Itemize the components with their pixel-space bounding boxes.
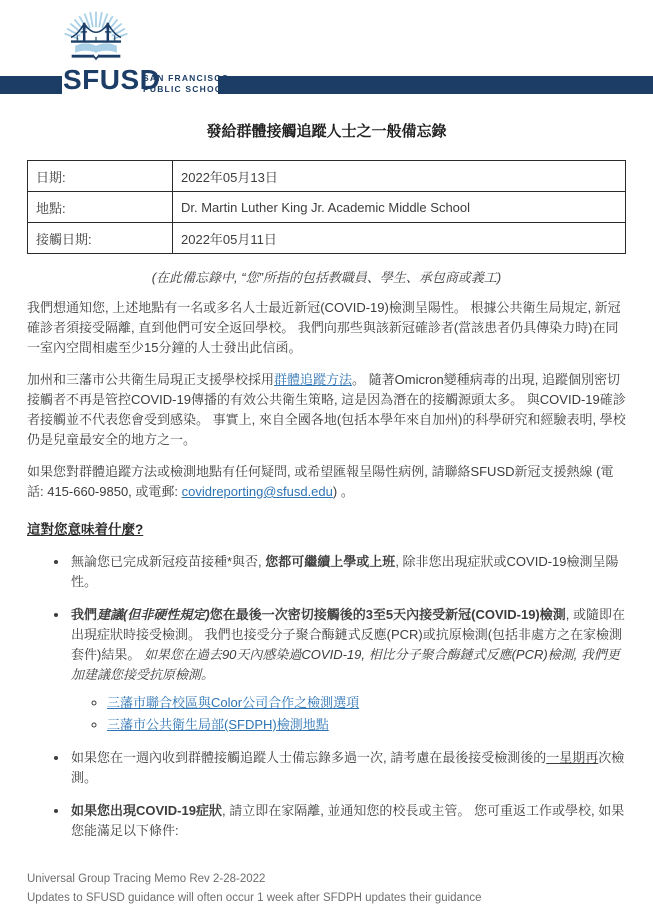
b2-italic-text: 如果您在過去90天內感染過COVID-19, 相比分子聚合酶鏈式反應(PCR)檢… (71, 647, 620, 682)
b3-underlined-text: 一星期再 (546, 750, 598, 765)
bullet-repeat-memo: 如果您在一週內收到群體接觸追蹤人士備忘錄多過一次, 請考慮在最後接受檢測後的一星… (69, 748, 626, 788)
paragraph-contact-support: 如果您對群體追蹤方法或檢測地點有任何疑問, 或希望匯報呈陽性病例, 請聯絡SFU… (27, 462, 626, 502)
bullet-continue-school: 無論您已完成新冠疫苗接種*與否, 您都可繼續上學或上班, 除非您出現症狀或COV… (69, 552, 626, 592)
table-row-date: 日期: 2022年05月13日 (28, 161, 626, 192)
definition-note: (在此備忘錄中, “您”所指的包括教職員、學生、承包商或義工) (27, 267, 626, 286)
group-tracing-method-link[interactable]: 群體追蹤方法 (274, 372, 352, 387)
paragraph-notification: 我們想通知您, 上述地點有一名或多名人士最近新冠(COVID-19)檢測呈陽性。… (27, 298, 626, 358)
sublist-item-color-testing: 三藩市聯合校區與Color公司合作之檢測選項 (107, 693, 626, 713)
sfusd-bridge-book-sunrise-icon (60, 2, 132, 68)
table-row-location: 地點: Dr. Martin Luther King Jr. Academic … (28, 192, 626, 223)
header-bar-right (218, 76, 653, 94)
memo-title: 發給群體接觸追蹤人士之一般備忘錄 (27, 120, 626, 141)
header-bar-left (0, 76, 62, 94)
color-testing-options-link[interactable]: 三藩市聯合校區與Color公司合作之檢測選項 (107, 695, 359, 710)
bullet-testing-recommendation: 我們建議(但非硬性規定)您在最後一次密切接觸後的3至5天內接受新冠(COVID-… (69, 605, 626, 735)
paragraph-group-tracing: 加州和三藩市公共衛生局現正支援學校採用群體追蹤方法。 隨著Omicron變種病毒… (27, 370, 626, 450)
letterhead: SFUSD SAN FRANCISCO PUBLIC SCHOOLS (0, 0, 653, 100)
memo-page: 發給群體接觸追蹤人士之一般備忘錄 日期: 2022年05月13日 地點: Dr.… (0, 120, 653, 841)
sublist-item-sfdph-sites: 三藩市公共衛生局部(SFDPH)檢測地點 (107, 715, 626, 735)
b2-bold-text: 我們 (71, 607, 97, 622)
p3-text-post: ) 。 (333, 484, 354, 499)
footer-revision-line: Universal Group Tracing Memo Rev 2-28-20… (27, 870, 482, 889)
memo-footer: Universal Group Tracing Memo Rev 2-28-20… (27, 870, 482, 908)
bullet-symptoms: 如果您出現COVID-19症狀, 請立即在家隔離, 並通知您的校長或主管。 您可… (69, 801, 626, 841)
b1-bold-text: 您都可繼續上學或上班 (265, 554, 395, 569)
exposure-date-value: 2022年05月11日 (173, 223, 626, 254)
memo-info-table: 日期: 2022年05月13日 地點: Dr. Martin Luther Ki… (27, 160, 626, 254)
date-value: 2022年05月13日 (173, 161, 626, 192)
table-row-exposure-date: 接觸日期: 2022年05月11日 (28, 223, 626, 254)
b3-text: 如果您在一週內收到群體接觸追蹤人士備忘錄多過一次, 請考慮在最後接受檢測後的 (71, 750, 546, 765)
sfdph-testing-sites-link[interactable]: 三藩市公共衛生局部(SFDPH)檢測地點 (107, 717, 329, 732)
exposure-date-label: 接觸日期: (28, 223, 173, 254)
b2-bold-italic-text: 建議(但非硬性規定) (97, 607, 210, 622)
logo-name-line2: PUBLIC SCHOOLS (143, 84, 236, 95)
b1-text: 無論您已完成新冠疫苗接種*與否, (71, 554, 265, 569)
what-this-means-heading: 這對您意味着什麼? (27, 518, 626, 538)
b4-bold-text: 如果您出現COVID-19症狀 (71, 803, 222, 818)
b2-bold-text2: 您在最後一次密切接觸後的3至5天內接受新冠(COVID-19)檢測 (210, 607, 566, 622)
guidance-bullet-list: 無論您已完成新冠疫苗接種*與否, 您都可繼續上學或上班, 除非您出現症狀或COV… (27, 552, 626, 841)
date-label: 日期: (28, 161, 173, 192)
footer-guidance-line: Updates to SFUSD guidance will often occ… (27, 889, 482, 908)
covid-reporting-email-link[interactable]: covidreporting@sfusd.edu (182, 484, 333, 499)
location-value: Dr. Martin Luther King Jr. Academic Midd… (173, 192, 626, 223)
location-label: 地點: (28, 192, 173, 223)
testing-links-sublist: 三藩市聯合校區與Color公司合作之檢測選項 三藩市公共衛生局部(SFDPH)檢… (71, 693, 626, 735)
p2-text-pre: 加州和三藩市公共衛生局現正支援學校採用 (27, 372, 274, 387)
logo-district-name: SAN FRANCISCO PUBLIC SCHOOLS (143, 73, 236, 94)
logo-name-line1: SAN FRANCISCO (143, 73, 236, 84)
